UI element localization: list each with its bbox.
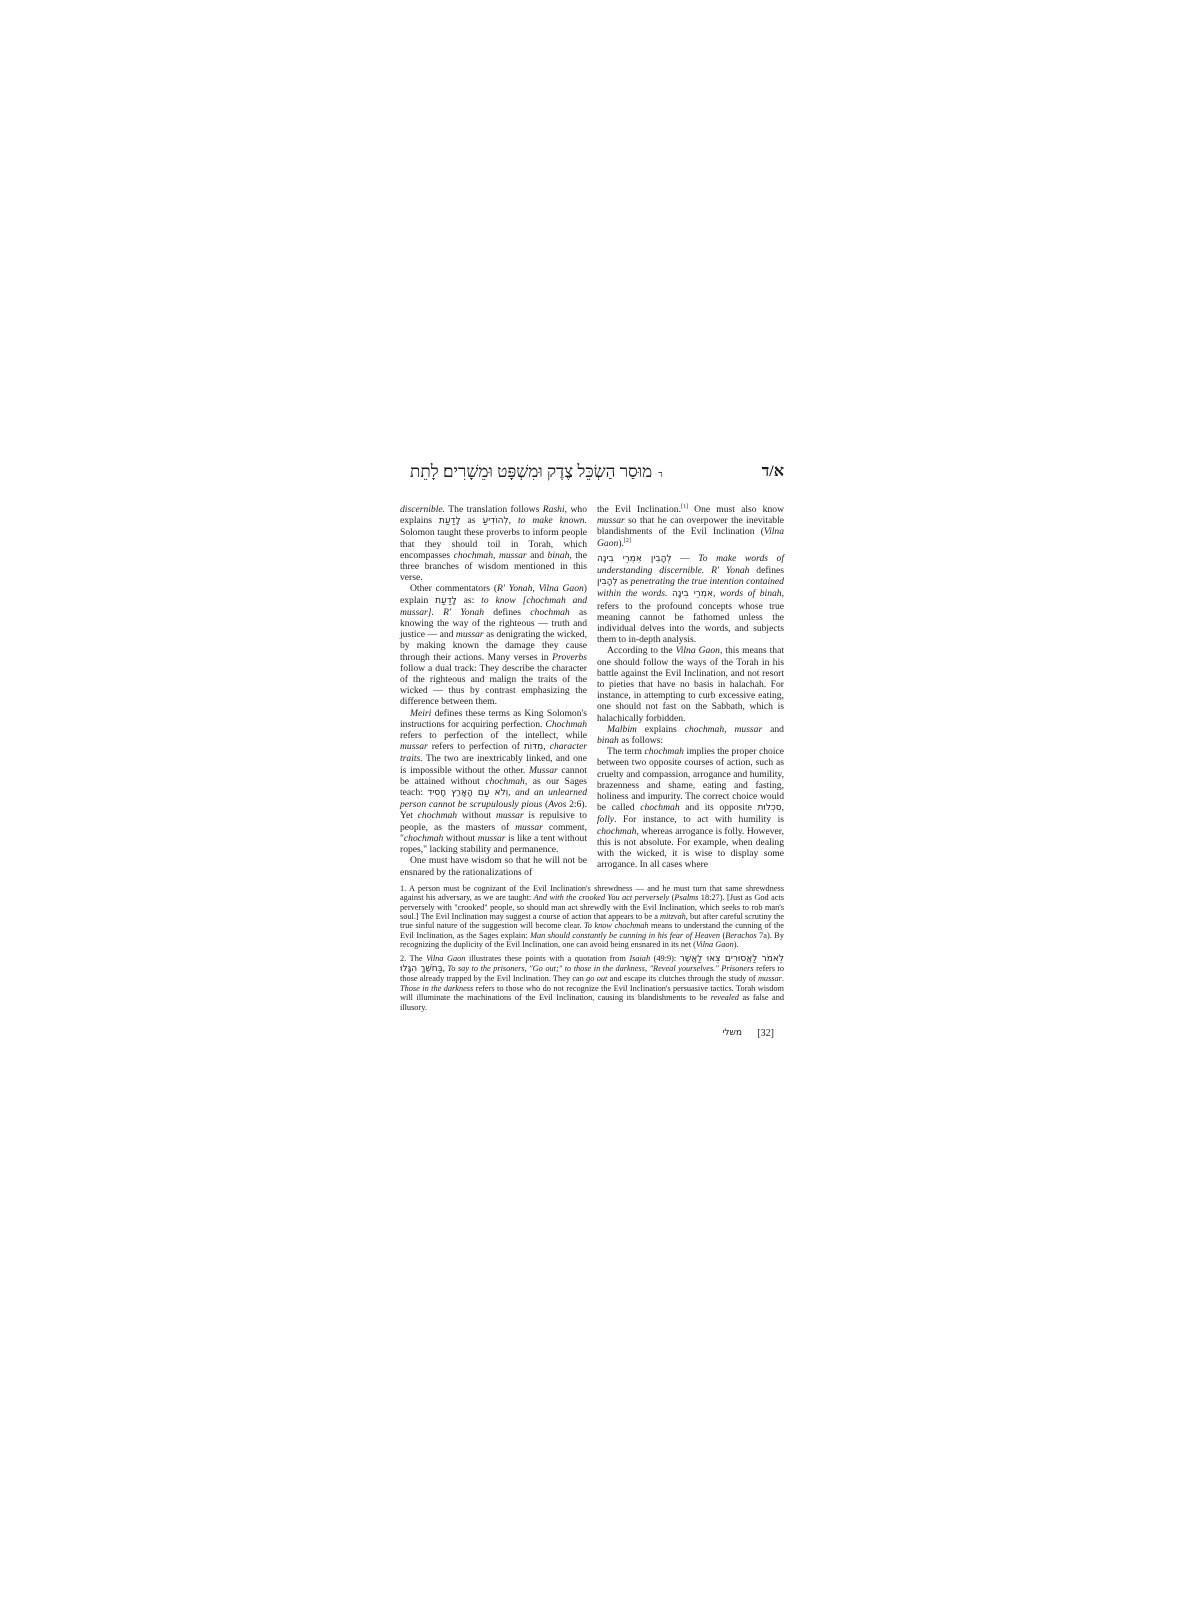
text: To know chochmah (584, 921, 649, 930)
text: follow a dual track: They describe the c… (400, 663, 587, 708)
hebrew-term: לָדַעַת (439, 516, 461, 526)
book-page: דמוּסַר הַשְׂכֵּל צֶדֶק וּמִשְׁפָּט וּמֵ… (400, 462, 784, 1058)
text: refers to perfection of the intellect, w… (400, 730, 587, 741)
text: without (443, 833, 477, 844)
text: without (457, 810, 496, 821)
text: Proverbs (552, 652, 587, 663)
verse-text: דמוּסַר הַשְׂכֵּל צֶדֶק וּמִשְׁפָּט וּמֵ… (410, 462, 663, 482)
text: as follows: (619, 735, 663, 746)
verse-number: ד (658, 469, 662, 479)
text: the Evil Inclination. (597, 504, 681, 515)
text: Malbim (607, 724, 637, 735)
text: as (618, 576, 631, 587)
text: ). (734, 940, 739, 949)
page-footer: משלי [32] (400, 1028, 784, 1058)
hebrew-term: לְהָבִין (597, 577, 618, 587)
text: Isaiah (629, 954, 650, 963)
text: , (713, 588, 720, 599)
text: and (527, 550, 548, 561)
text: R' Yonah (443, 607, 484, 618)
text: The term (607, 746, 645, 757)
text: Berachos (725, 931, 756, 940)
text: mussar (499, 550, 527, 561)
hebrew-term: וְלֹא עַם הָאָרֶץ חָסִיד (427, 788, 508, 798)
text: According to the (607, 645, 676, 656)
text: chochmah (454, 550, 493, 561)
text: to make known. (518, 515, 587, 526)
text: chochmah (485, 776, 524, 787)
text: folly (597, 814, 614, 825)
text: so that he can overpower the inevitable … (597, 515, 784, 537)
text: To say to the prisoners, "Go out;" to th… (447, 964, 718, 973)
chapter-verse-label: א/ד (762, 463, 784, 481)
text: And with the crooked You act perversely (534, 893, 670, 902)
text: explains (637, 724, 685, 735)
paragraph: Malbim explains chochmah, mussar and bin… (597, 724, 784, 746)
text: and escape its clutches through the stud… (607, 974, 758, 983)
text: and its opposite (680, 802, 758, 813)
text: mussar (478, 833, 506, 844)
text: , this means that one should follow the … (597, 645, 784, 723)
text: chochmah, mussar (685, 724, 762, 735)
text: Vilna Gaon (676, 645, 720, 656)
text: Prisoners (721, 964, 753, 973)
text: as: (457, 595, 481, 606)
left-column: discernible. The translation follows Ras… (400, 504, 587, 878)
text: Psalms (674, 893, 698, 902)
text: chochmah (530, 607, 569, 618)
text: mussar (597, 515, 625, 526)
text: chochmah (404, 833, 443, 844)
paragraph: According to the Vilna Gaon, this means … (597, 645, 784, 723)
page-number: [32] (757, 1028, 774, 1039)
text: mussar (496, 810, 524, 821)
paragraph: Meiri defines these terms as King Solomo… (400, 708, 587, 856)
paragraph: One must have wisdom so that he will not… (400, 855, 587, 877)
paragraph: The term chochmah implies the proper cho… (597, 746, 784, 870)
text: chochmah (640, 802, 679, 813)
text: One must also know (688, 504, 784, 515)
text: Man should constantly be cunning in his … (530, 931, 720, 940)
running-header: דמוּסַר הַשְׂכֵּל צֶדֶק וּמִשְׁפָּט וּמֵ… (400, 462, 784, 490)
text: and (762, 724, 784, 735)
text (434, 607, 443, 618)
text: 2. The (400, 954, 426, 963)
text: revealed (711, 993, 739, 1002)
footnote-ref-1[interactable]: [1] (681, 504, 688, 510)
text: Mussar (529, 765, 558, 776)
right-column: the Evil Inclination.[1] One must also k… (597, 504, 784, 878)
paragraph: Other commentators (R' Yonah, Vilna Gaon… (400, 583, 587, 707)
text: illustrates these points with a quotatio… (465, 954, 629, 963)
text: . (782, 974, 784, 983)
text: (49:9): (650, 954, 680, 963)
text: Those in the darkness (400, 984, 473, 993)
text: binah (548, 550, 570, 561)
text: Other commentators ( (410, 583, 497, 594)
paragraph: the Evil Inclination.[1] One must also k… (597, 504, 784, 549)
hebrew-term: מִדּוֹת (524, 742, 543, 752)
paragraph: לְהָבִין אִמְרֵי בִינָה — To make words … (597, 553, 784, 646)
hebrew-term: לְהוֹדִיעַ (482, 516, 508, 526)
text: mussar (400, 741, 428, 752)
text: chochmah (597, 826, 636, 837)
text: defines (749, 565, 784, 576)
text: mussar (515, 822, 543, 833)
text: , (509, 515, 518, 526)
text: discernible. (400, 504, 445, 515)
text: chochmah (418, 810, 457, 821)
text: as (461, 515, 483, 526)
hebrew-term: סִכְלוּת (758, 803, 782, 813)
text: R' Yonah, Vilna Gaon (497, 583, 584, 594)
text: R' Yonah (711, 565, 749, 576)
text: mussar (456, 629, 484, 640)
text: Vilna Gaon (696, 940, 734, 949)
footnote-2: 2. The Vilna Gaon illustrates these poin… (400, 954, 784, 1012)
text: The translation follows (445, 504, 543, 515)
text: chochmah (645, 746, 684, 757)
hebrew-lemma: לְהָבִין אִמְרֵי בִינָה (597, 554, 672, 564)
footnote-1: 1. A person must be cognizant of the Evi… (400, 884, 784, 950)
text: go out (586, 974, 607, 983)
text: defines (484, 607, 530, 618)
hebrew-verse: מוּסַר הַשְׂכֵּל צֶדֶק וּמִשְׁפָּט וּמֵש… (410, 462, 652, 481)
text: Meiri (410, 708, 431, 719)
text: binah (597, 735, 619, 746)
text: Rashi (543, 504, 565, 515)
text: — (672, 553, 699, 564)
text: refers to perfection of (428, 741, 524, 752)
hebrew-term: אִמְרֵי בִינָה (672, 589, 713, 599)
footnotes: 1. A person must be cognizant of the Evi… (400, 884, 784, 1012)
paragraph: discernible. The translation follows Ras… (400, 504, 587, 583)
text: mussar (758, 974, 782, 983)
text: mitzvah (660, 912, 686, 921)
footnote-ref-2[interactable]: [2] (624, 537, 631, 543)
hebrew-term: לָדַעַת (435, 596, 457, 606)
text: Vilna Gaon (426, 954, 465, 963)
text: words of binah (720, 588, 782, 599)
text: Chochmah (545, 719, 587, 730)
commentary-columns: discernible. The translation follows Ras… (400, 504, 784, 878)
text: , (782, 802, 784, 813)
book-title: משלי (722, 1028, 742, 1038)
text: . For instance, to act with humility is (614, 814, 784, 825)
text: Avos (548, 799, 566, 810)
